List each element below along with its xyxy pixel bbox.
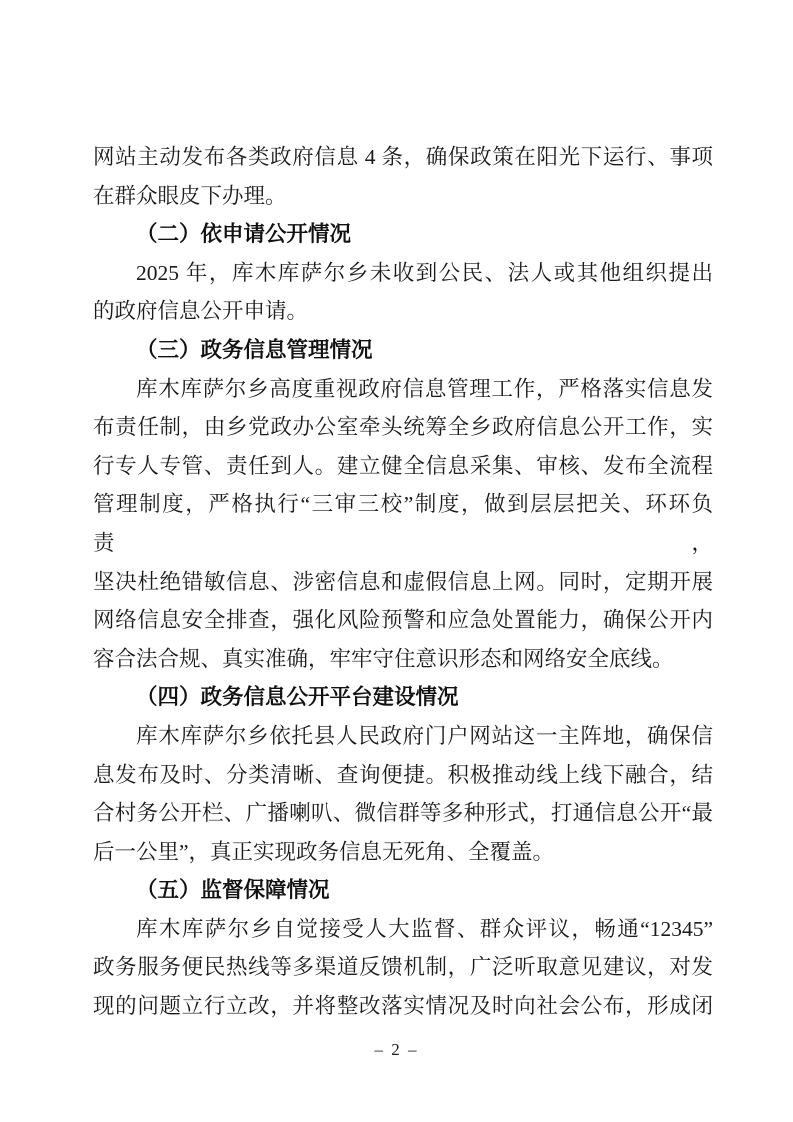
body-line: 坚决杜绝错敏信息、涉密信息和虚假信息上网。同时，定期开展 [93,563,713,602]
document-body: 网站主动发布各类政府信息 4 条，确保政策在阳光下运行、事项在群众眼皮下办理。（… [93,138,713,1026]
body-line: 政务服务便民热线等多渠道反馈机制，广泛听取意见建议，对发 [93,948,713,987]
section-heading: （四）政务信息公开平台建设情况 [93,678,713,717]
body-line: 行专人专管、责任到人。建立健全信息采集、审核、发布全流程 [93,447,713,486]
body-line: 2025 年，库木库萨尔乡未收到公民、法人或其他组织提出 [93,254,713,293]
body-line: 现的问题立行立改，并将整改落实情况及时向社会公布，形成闭 [93,987,713,1026]
section-heading: （三）政务信息管理情况 [93,331,713,370]
body-line: 息发布及时、分类清晰、查询便捷。积极推动线上线下融合，结 [93,756,713,795]
section-heading: （五）监督保障情况 [93,871,713,910]
section-heading: （二）依申请公开情况 [93,215,713,254]
document-page: 网站主动发布各类政府信息 4 条，确保政策在阳光下运行、事项在群众眼皮下办理。（… [0,0,793,1122]
body-line: 在群众眼皮下办理。 [93,177,713,216]
body-line: 管理制度，严格执行“三审三校”制度，做到层层把关、环环负责， [93,485,713,562]
body-line: 的政府信息公开申请。 [93,292,713,331]
body-line: 后一公里”，真正实现政务信息无死角、全覆盖。 [93,833,713,872]
body-line: 库木库萨尔乡依托县人民政府门户网站这一主阵地，确保信 [93,717,713,756]
body-line: 网站主动发布各类政府信息 4 条，确保政策在阳光下运行、事项 [93,138,713,177]
page-footer: – 2 – [0,1040,793,1060]
page-number: – 2 – [375,1040,419,1059]
body-line: 合村务公开栏、广播喇叭、微信群等多种形式，打通信息公开“最 [93,794,713,833]
body-line: 布责任制，由乡党政办公室牵头统筹全乡政府信息公开工作，实 [93,408,713,447]
body-line: 容合法合规、真实准确，牢牢守住意识形态和网络安全底线。 [93,640,713,679]
body-line: 库木库萨尔乡高度重视政府信息管理工作，严格落实信息发 [93,370,713,409]
body-line: 网络信息安全排查，强化风险预警和应急处置能力，确保公开内 [93,601,713,640]
body-line: 库木库萨尔乡自觉接受人大监督、群众评议，畅通“12345” [93,910,713,949]
